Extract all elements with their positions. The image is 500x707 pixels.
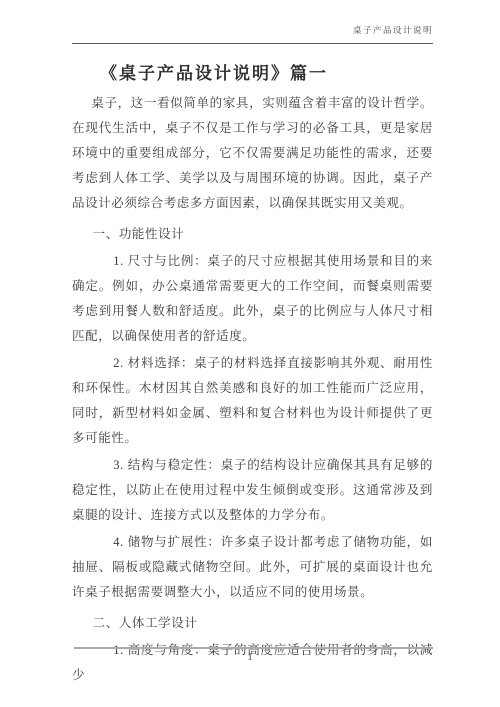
paragraph: 1. 尺寸与比例：桌子的尺寸应根据其使用场景和目的来确定。例如，办公桌通常需要更… xyxy=(72,249,433,349)
paragraph: 3. 结构与稳定性：桌子的结构设计应确保其具有足够的稳定性，以防止在使用过程中发… xyxy=(72,453,433,528)
document-page: 桌子产品设计说明 《桌子产品设计说明》篇一 桌子，这一看似简单的家具，实则蕴含着… xyxy=(0,0,500,707)
section-heading: 二、人体工学设计 xyxy=(72,611,433,636)
paragraph: 桌子，这一看似简单的家具，实则蕴含着丰富的设计哲学。在现代生活中，桌子不仅是工作… xyxy=(72,91,433,216)
paragraph: 1. 高度与角度：桌子的高度应适合使用者的身高，以减少 xyxy=(72,638,433,688)
paragraph: 2. 材料选择：桌子的材料选择直接影响其外观、耐用性和环保性。木材因其自然美感和… xyxy=(72,351,433,451)
section-heading: 一、功能性设计 xyxy=(72,222,433,247)
document-title: 《桌子产品设计说明》篇一 xyxy=(72,59,433,84)
paragraph: 4. 储物与扩展性：许多桌子设计都考虑了储物功能，如抽屉、隔板或隐藏式储物空间。… xyxy=(72,530,433,605)
page-header: 桌子产品设计说明 xyxy=(72,24,433,44)
document-body: 桌子，这一看似简单的家具，实则蕴含着丰富的设计哲学。在现代生活中，桌子不仅是工作… xyxy=(72,91,433,688)
page-number: 1 xyxy=(0,651,500,663)
footer-divider xyxy=(74,647,433,649)
